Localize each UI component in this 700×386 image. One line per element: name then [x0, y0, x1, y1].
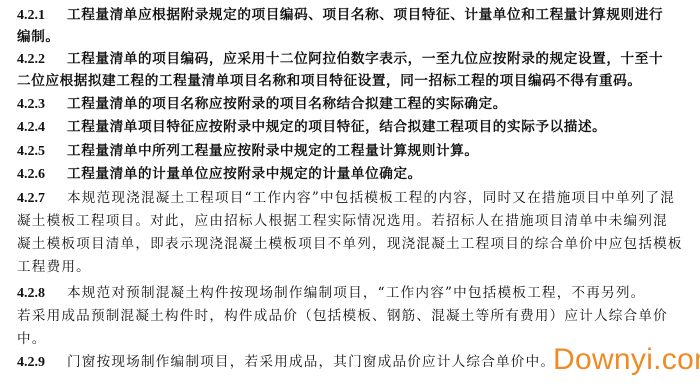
- clause-text: 若采用成品预制混凝土构件时，构件成品价（包括模板、钢筋、混凝土等所有费用）应计人…: [17, 308, 668, 324]
- clause-number: 4.2.1: [17, 5, 67, 27]
- clause-text: 工程量清单中所列工程量应按附录中规定的工程量计算规则计算。: [67, 143, 479, 159]
- clause-text: 门窗按现场制作编制项目，若采用成品，其门窗成品价应计人综合单价中。: [67, 354, 555, 370]
- clause-number: 4.2.3: [17, 94, 67, 116]
- clause-text: 本规范对预制混凝土构件按现场制作编制项目，“工作内容”中包括模板工程，不再另列。: [67, 285, 645, 301]
- clause-text: 工程量清单的计量单位应按附录中规定的计量单位确定。: [67, 166, 422, 182]
- clause-text: 二位应根据拟建工程的工程量清单项目名称和项目特征设置，同一招标工程的项目编码不得…: [17, 73, 642, 89]
- clause-text: 中。: [17, 331, 47, 347]
- clause-number: 4.2.8: [17, 283, 67, 305]
- clause-text: 工程费用。: [17, 259, 91, 275]
- clause-4-2-5: 4.2.5工程量清单中所列工程量应按附录中规定的工程量计算规则计算。: [17, 140, 688, 162]
- clause-text: 工程量清单应根据附录规定的项目编码、项目名称、项目特征、计量单位和工程量计算规则…: [67, 7, 663, 23]
- clause-4-2-8-line-1: 4.2.8本规范对预制混凝土构件按现场制作编制项目，“工作内容”中包括模板工程，…: [17, 282, 688, 304]
- clause-number: 4.2.4: [17, 117, 67, 139]
- clause-4-2-3: 4.2.3工程量清单的项目名称应按附录的项目名称结合拟建工程的实际确定。: [17, 93, 688, 115]
- clause-4-2-6: 4.2.6工程量清单的计量单位应按附录中规定的计量单位确定。: [17, 163, 688, 185]
- watermark-logo: Downyi.com: [553, 340, 700, 380]
- clause-4-2-1-line-1: 4.2.1工程量清单应根据附录规定的项目编码、项目名称、项目特征、计量单位和工程…: [17, 4, 688, 26]
- clause-4-2-2-line-1: 4.2.2工程量清单的项目编码，应采用十二位阿拉伯数字表示，一至九位应按附录的规…: [17, 48, 688, 70]
- clause-4-2-7-line-1: 4.2.7本规范现浇混凝土工程项目“工作内容”中包括模板工程的内容，同时又在措施…: [17, 187, 688, 209]
- clause-text: 编制。: [17, 29, 60, 45]
- clause-text: 工程量清单项目特征应按附录中规定的项目特征，结合拟建工程项目的实际予以描述。: [67, 119, 606, 135]
- clause-4-2-7-line-3: 凝土模板项目清单，即表示现浇混凝土模板项目不单列，现浇混凝土工程项目的综合单价中…: [17, 233, 688, 255]
- clause-4-2-8-line-2: 若采用成品预制混凝土构件时，构件成品价（包括模板、钢筋、混凝土等所有费用）应计人…: [17, 305, 688, 327]
- clause-number: 4.2.5: [17, 141, 67, 163]
- clause-number: 4.2.7: [17, 188, 67, 210]
- clause-text: 凝土模板工程项目。对此，应由招标人根据工程实际情况选用。若招标人在措施项目清单中…: [17, 213, 668, 229]
- clause-number: 4.2.2: [17, 49, 67, 71]
- clause-text: 工程量清单的项目编码，应采用十二位阿拉伯数字表示，一至九位应按附录的规定设置，十…: [67, 51, 663, 67]
- document-page: 4.2.1工程量清单应根据附录规定的项目编码、项目名称、项目特征、计量单位和工程…: [0, 0, 700, 386]
- clause-4-2-1-line-2: 编制。: [17, 26, 688, 48]
- clause-text: 工程量清单的项目名称应按附录的项目名称结合拟建工程的实际确定。: [67, 96, 507, 112]
- clause-text: 本规范现浇混凝土工程项目“工作内容”中包括模板工程的内容，同时又在措施项目中单列…: [67, 190, 675, 206]
- clause-text: 凝土模板项目清单，即表示现浇混凝土模板项目不单列，现浇混凝土工程项目的综合单价中…: [17, 236, 683, 252]
- clause-4-2-4: 4.2.4工程量清单项目特征应按附录中规定的项目特征，结合拟建工程项目的实际予以…: [17, 116, 688, 138]
- clause-4-2-2-line-2: 二位应根据拟建工程的工程量清单项目名称和项目特征设置，同一招标工程的项目编码不得…: [17, 70, 688, 92]
- clause-number: 4.2.6: [17, 164, 67, 186]
- clause-number: 4.2.9: [17, 352, 67, 374]
- clause-4-2-7-line-2: 凝土模板工程项目。对此，应由招标人根据工程实际情况选用。若招标人在措施项目清单中…: [17, 210, 688, 232]
- clause-4-2-7-line-4: 工程费用。: [17, 256, 688, 278]
